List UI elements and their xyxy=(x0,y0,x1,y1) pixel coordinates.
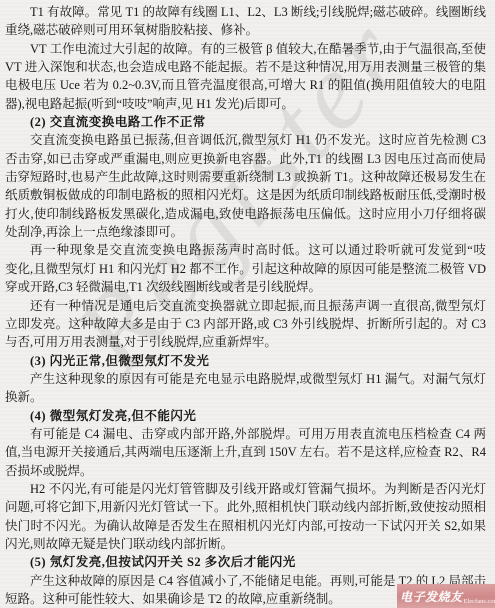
site-watermark-badge: 电子发烧友 Elecfans.com xyxy=(397,584,495,608)
text-line: 立即发亮。这种故障大多是由于 C3 内部开路,或 C3 外引线脱焊、折断所引起的… xyxy=(5,315,486,333)
text-line: VT 进入深饱和状态,也会造成电路不能起振。若不是这种情况,用万用表测量三极管的… xyxy=(5,58,486,76)
text-line: 问题,可将它卸下,用新闪光灯管试一下。此外,照相机快门联动线内部折断,致使按动照… xyxy=(5,498,486,516)
text-line: 击穿短路时,也易产生此故障,这时则需要重新绕制 L3 或换新 T1。这种故障还极… xyxy=(5,168,486,186)
text-line: 电极电压 Uce 若为 0.2~0.3V,而且管壳温度很高,可增大 R1 的阻值… xyxy=(5,76,486,94)
text-line: 闪光,则故障无疑是快门联动线内部折断。 xyxy=(5,535,486,553)
document-text-block: T1 有故障。常见 T1 的故障有线圈 L1、L2、L3 断线;引线脱焊;磁芯破… xyxy=(0,0,495,608)
scanned-document-page: Register T1 有故障。常见 T1 的故障有线圈 L1、L2、L3 断线… xyxy=(0,0,495,608)
text-line: 有可能是 C4 漏电、击穿或内部开路,外部脱焊。可用万用表直流电压档检查 C4 … xyxy=(5,425,486,443)
text-line: H2 不闪光,有可能是闪光灯管管脚及引线开路或灯管漏气损坏。为判断是否闪光灯管有 xyxy=(5,480,486,498)
section-heading: (4) 微型氖灯发亮,但不能闪光 xyxy=(5,407,486,425)
text-line: 穿或开路,C3 轻微漏电,T1 次级线圈断线或者是引线脱焊。 xyxy=(5,278,486,296)
text-line: 变化,且微型氖灯 H1 和闪光灯 H2 都不工作。引起这种故障的原因可能是整流二… xyxy=(5,260,486,278)
text-line: 与否,可用万用表测量,对于引线脱焊,应重新焊牢。 xyxy=(5,333,486,351)
text-line: 快门时不闪光。为确认故障是否发生在照相机闪光灯内部,可按动一下试闪开关 S2,如… xyxy=(5,517,486,535)
site-watermark-en-label: Elecfans.com xyxy=(464,598,495,608)
text-line: 打火,使印制线路板发黑碳化,造成漏电,致使电路振荡电压偏低。这时应用小刀仔细将碳… xyxy=(5,205,486,223)
text-line: 交直流变换电路虽已振荡,但音调低沉,微型氖灯 H1 仍不发光。这时应首先检测 C… xyxy=(5,131,486,149)
text-line: 还有一种情况是通电后交直流变换器就立即起振,而且振荡声调一直很高,微型氖灯 H1 xyxy=(5,297,486,315)
text-line: 处刮净,再涂上一点绝缘漆即可。 xyxy=(5,223,486,241)
section-heading: (5) 氖灯发亮,但按试闪开关 S2 多次后才能闪光 xyxy=(5,553,486,571)
text-line: T1 有故障。常见 T1 的故障有线圈 L1、L2、L3 断线;引线脱焊;磁芯破… xyxy=(5,3,486,21)
text-line: 产生这种现象的原因有可能是充电显示电路脱焊,或微型氖灯 H1 漏气。对漏气氖灯应 xyxy=(5,370,486,388)
section-heading: (2) 交直流变换电路工作不正常 xyxy=(5,113,486,131)
text-line: 再一种现象是交直流变换电路振荡声时高时低。这可以通过聆听就可发觉到“吱吱”声的 xyxy=(5,241,486,259)
text-line: 否损坏或脱焊。 xyxy=(5,462,486,480)
text-line: 重绕,磁芯破碎则可用环氧树脂胶粘接、修补。 xyxy=(5,21,486,39)
text-line: 纸质敷铜板做成的印制电路板的照相闪光灯。这是因为纸质印制线路板耐压低,受潮时极易 xyxy=(5,186,486,204)
section-heading: (3) 闪光正常,但微型氖灯不发光 xyxy=(5,352,486,370)
text-line: 器),视电路起振(听到“吱吱”响声,见 H1 发光)后即可。 xyxy=(5,95,486,113)
text-line: 值,当电源开关接通后,其两端电压逐渐上升,直到 150V 左右。若不是这样,应检… xyxy=(5,443,486,461)
text-line: VT 工作电流过大引起的故障。有的三极管 β 值较大,在酷暑季节,由于气温很高,… xyxy=(5,40,486,58)
site-watermark-cn-label: 电子发烧友 xyxy=(400,588,463,605)
text-line: 否击穿,如已击穿或严重漏电,则应更换新电容器。此外,T1 的线圈 L3 因电压过… xyxy=(5,150,486,168)
text-line: 换新。 xyxy=(5,388,486,406)
